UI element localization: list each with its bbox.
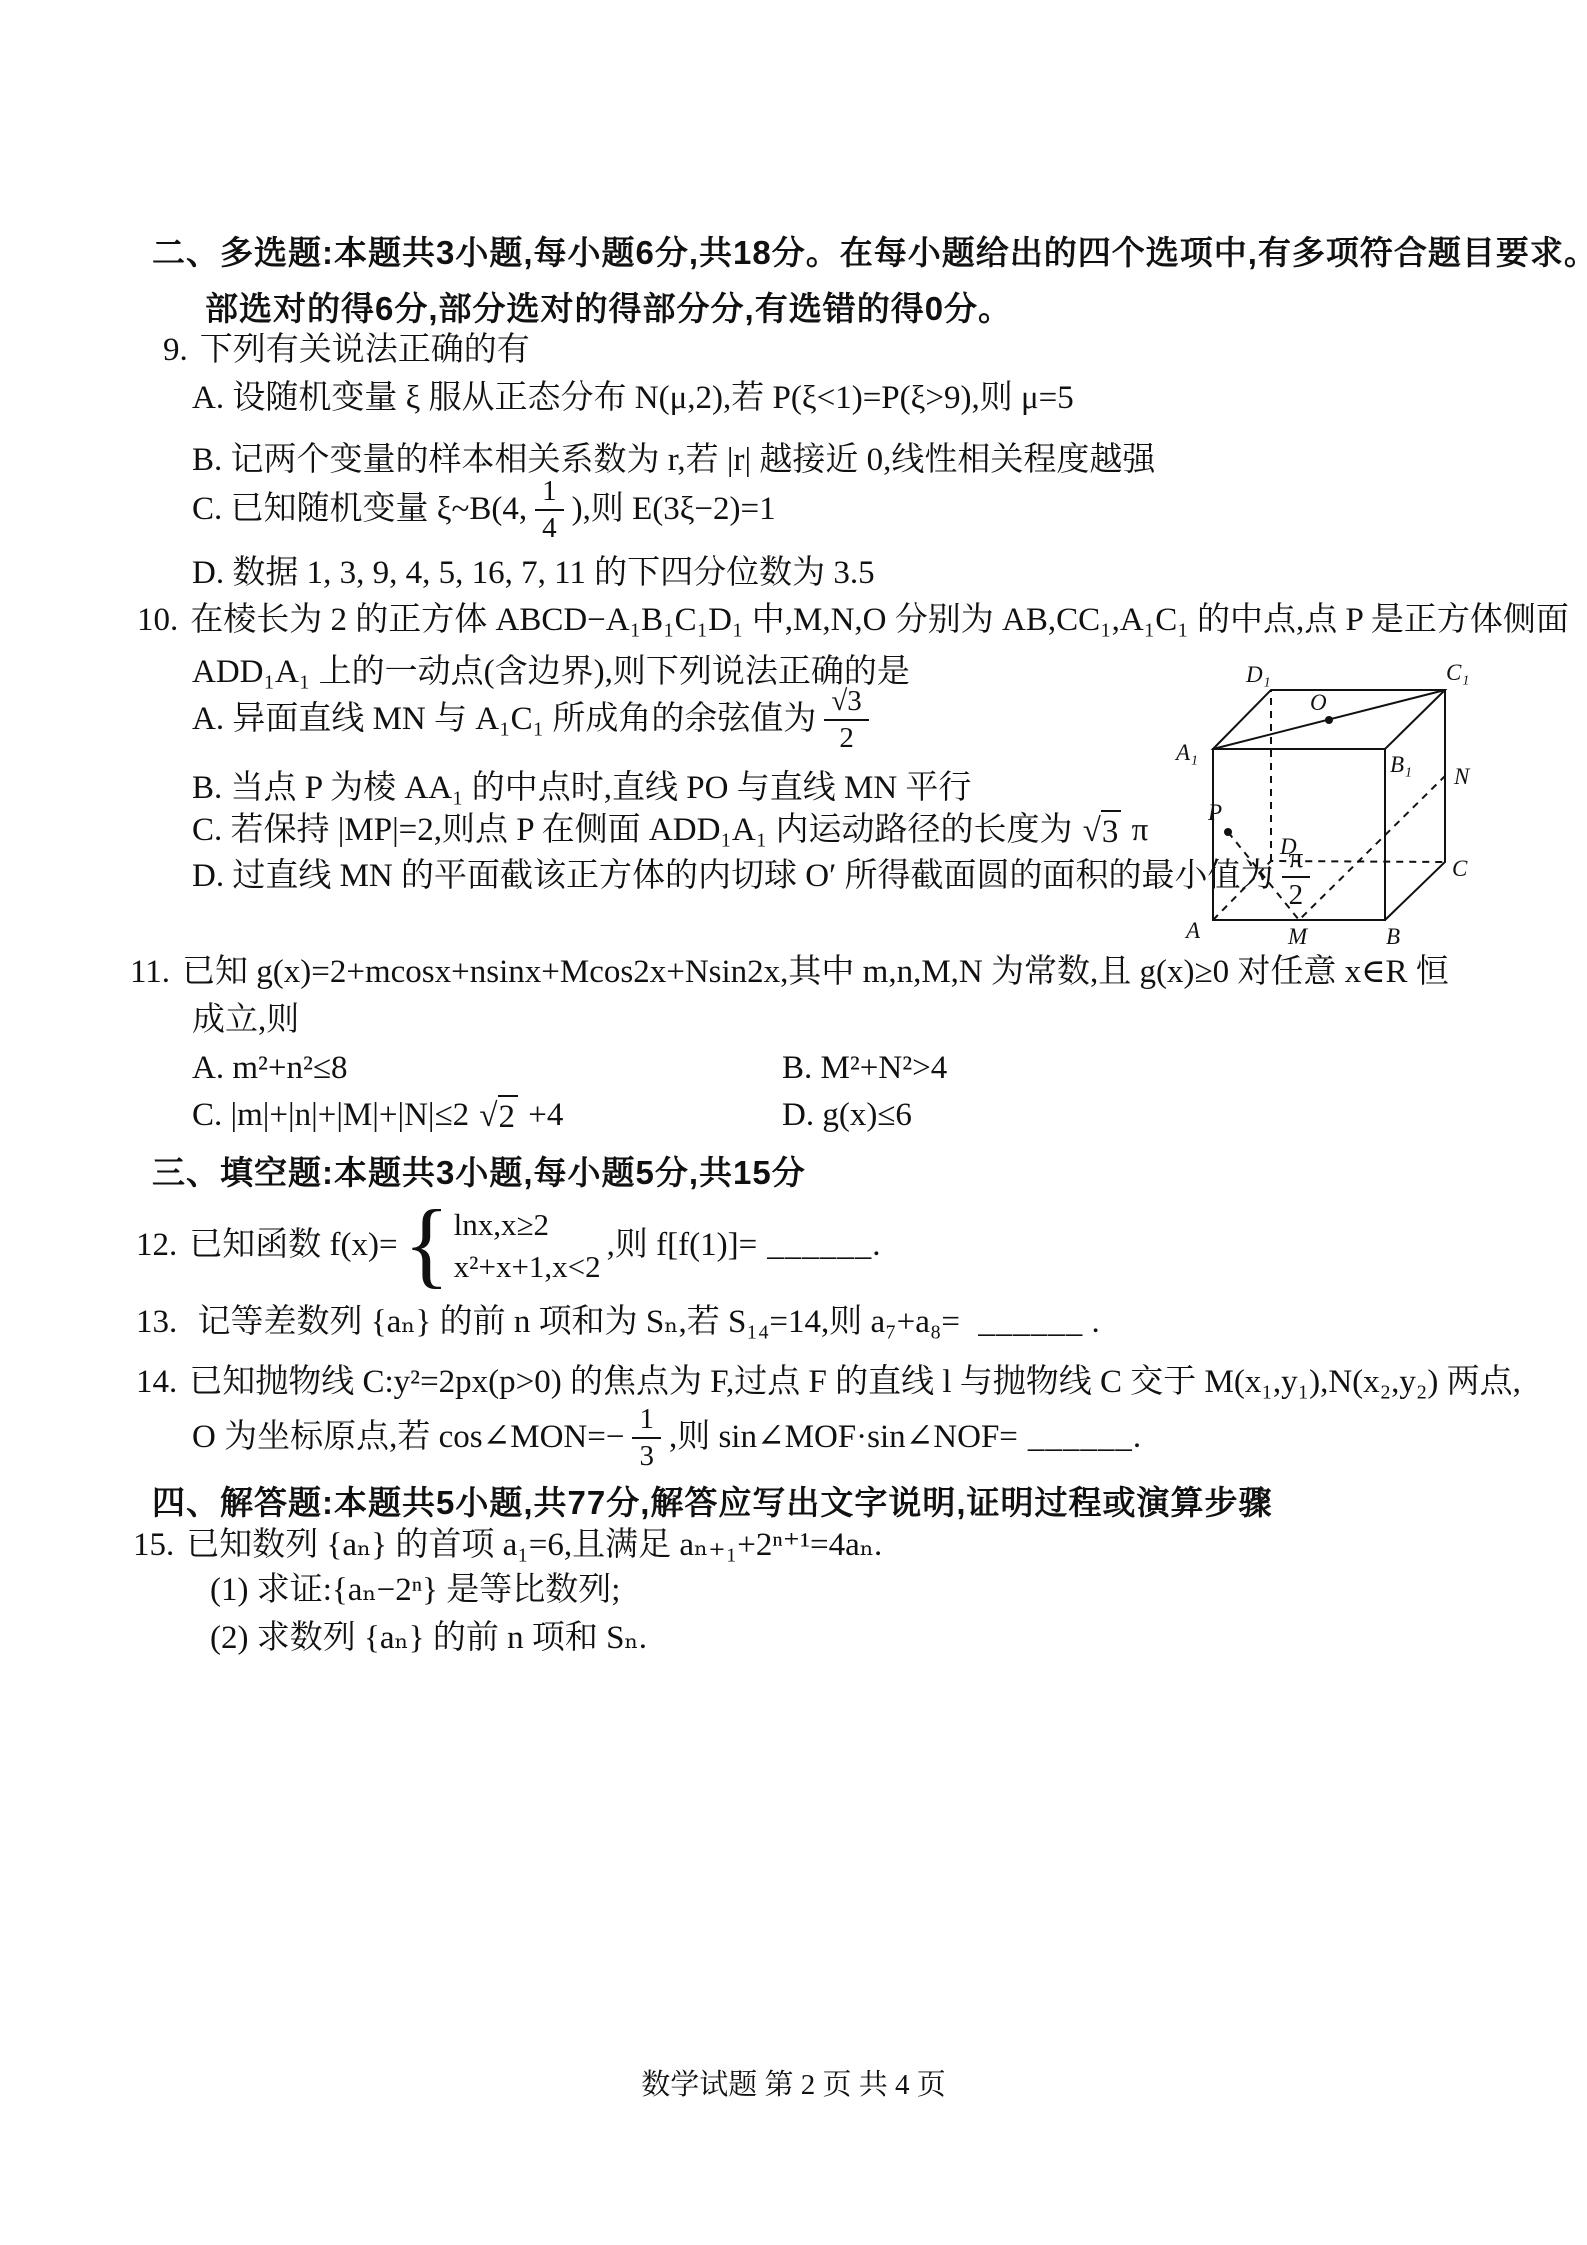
- q15-part2: (2) 求数列 {aₙ} 的前 n 项和 Sₙ.: [210, 1618, 647, 1659]
- q10-stem-line1-text: 在棱长为 2 的正方体 ABCD−A₁B₁C₁D₁ 中,M,N,O 分别为 AB…: [190, 602, 1569, 638]
- q14-answer-blank: ______: [1028, 1417, 1133, 1458]
- q9-stem-text: 下列有关说法正确的有: [200, 332, 530, 368]
- point-o-dot: [1325, 716, 1333, 724]
- q11-option-c-post: +4: [528, 1097, 563, 1133]
- q13-number: 13.: [136, 1302, 177, 1343]
- q11-option-c: C. |m|+|n|+|M|+|N|≤2 √2 +4: [192, 1095, 563, 1138]
- q11-stem-line1-text: 已知 g(x)=2+mcosx+nsinx+Mcos2x+Nsin2x,其中 m…: [182, 954, 1449, 990]
- q15-number: 15.: [133, 1525, 174, 1566]
- q15-stem: 15.已知数列 {aₙ} 的首项 a₁=6,且满足 aₙ₊₁+2ⁿ⁺¹=4aₙ.: [133, 1525, 882, 1566]
- label-c: C: [1452, 856, 1468, 881]
- q11-stem-line1: 11.已知 g(x)=2+mcosx+nsinx+Mcos2x+Nsin2x,其…: [130, 952, 1449, 993]
- q14-line2-pre: O 为坐标原点,若 cos∠MON=−: [192, 1417, 624, 1458]
- label-o: O: [1310, 690, 1327, 715]
- q10-option-d-pre: D. 过直线 MN 的平面截该正方体的内切球 O′ 所得截面圆的面积的最小值为: [192, 856, 1274, 897]
- q11-number: 11.: [130, 952, 170, 993]
- label-d: D: [1279, 834, 1297, 859]
- q11-option-b: B. M²+N²>4: [782, 1048, 947, 1089]
- q9-option-c-post: ),则 E(3ξ−2)=1: [572, 489, 776, 530]
- label-m: M: [1287, 924, 1309, 947]
- label-c1: C₁: [1446, 660, 1469, 685]
- q10-stem-line1: 10.在棱长为 2 的正方体 ABCD−A₁B₁C₁D₁ 中,M,N,O 分别为…: [137, 600, 1569, 641]
- q9-number: 9.: [163, 330, 188, 371]
- label-a1: A₁: [1174, 740, 1198, 765]
- label-b1: B₁: [1390, 752, 1412, 777]
- q15-part1: (1) 求证:{aₙ−2ⁿ} 是等比数列;: [210, 1570, 620, 1611]
- q14-stem-line2: O 为坐标原点,若 cos∠MON=− 1 3 ,则 sin∠MOF·sin∠N…: [192, 1396, 1141, 1480]
- q10-number: 10.: [137, 600, 178, 641]
- exam-page: { "section2": { "header_line1": "二、多选题:本…: [0, 0, 1587, 2245]
- q11-stem-line2: 成立,则: [192, 1000, 299, 1041]
- q14-line2-post: ,则 sin∠MOF·sin∠NOF=: [669, 1417, 1018, 1458]
- label-b: B: [1386, 924, 1400, 947]
- q12-pre: 已知函数 f(x)=: [189, 1225, 397, 1266]
- section3-header: 三、填空题:本题共3小题,每小题5分,共15分: [152, 1152, 806, 1193]
- q13: 13. 记等差数列 {aₙ} 的前 n 项和为 Sₙ,若 S₁₄=14,则 a₇…: [136, 1302, 1100, 1343]
- section2-header-line2: 部选对的得6分,部分选对的得部分分,有选错的得0分。: [205, 288, 1012, 329]
- q13-text: 记等差数列 {aₙ} 的前 n 项和为 Sₙ,若 S₁₄=14,则 a₇+a₈=: [198, 1304, 960, 1340]
- q9-option-c: C. 已知随机变量 ξ~B(4, 1 4 ),则 E(3ξ−2)=1: [192, 468, 776, 552]
- q11-option-a: A. m²+n²≤8: [192, 1048, 348, 1089]
- q12-piecewise: { lnx,x≥2 x²+x+1,x<2: [404, 1204, 601, 1288]
- q10-option-a: A. 异面直线 MN 与 A₁C₁ 所成角的余弦值为 √3 2: [192, 678, 877, 762]
- q9-option-a: A. 设随机变量 ξ 服从正态分布 N(μ,2),若 P(ξ<1)=P(ξ>9)…: [192, 378, 1074, 419]
- q10-option-d: D. 过直线 MN 的平面截该正方体的内切球 O′ 所得截面圆的面积的最小值为 …: [192, 835, 1318, 919]
- section2-header-line1: 二、多选题:本题共3小题,每小题6分,共18分。在每小题给出的四个选项中,有多项…: [152, 232, 1587, 273]
- q13-period: .: [1091, 1304, 1099, 1340]
- page-footer: 数学试题 第 2 页 共 4 页: [0, 2062, 1587, 2103]
- q10-option-a-fraction: √3 2: [824, 684, 868, 756]
- q12-period: .: [872, 1225, 880, 1266]
- q15-stem-text: 已知数列 {aₙ} 的首项 a₁=6,且满足 aₙ₊₁+2ⁿ⁺¹=4aₙ.: [186, 1527, 882, 1563]
- q13-answer-blank: ______: [978, 1302, 1083, 1343]
- q12-post: ,则 f[f(1)]=: [607, 1225, 758, 1266]
- q11-option-c-sqrt: √2: [479, 1095, 518, 1138]
- cube-solid-edges: [1213, 690, 1445, 920]
- cube-figure: D₁ C₁ A₁ B₁ N P D C A M B O: [1158, 642, 1493, 947]
- label-d1: D₁: [1245, 662, 1271, 687]
- q14-stem-line1-text: 已知抛物线 C:y²=2px(p>0) 的焦点为 F,过点 F 的直线 l 与抛…: [189, 1364, 1521, 1400]
- q9-option-c-fraction: 1 4: [535, 474, 564, 546]
- q12-answer-blank: ______: [767, 1225, 872, 1266]
- q12-case2: x²+x+1,x<2: [454, 1246, 601, 1288]
- label-p: P: [1207, 800, 1222, 825]
- point-p-dot: [1224, 828, 1232, 836]
- label-n: N: [1453, 764, 1471, 789]
- left-brace: {: [404, 1203, 450, 1285]
- q11-option-d: D. g(x)≤6: [782, 1095, 912, 1136]
- q14-fraction: 1 3: [632, 1402, 661, 1474]
- q14-period: .: [1133, 1417, 1141, 1458]
- radical-sign: √: [479, 1096, 497, 1137]
- q10-option-b: B. 当点 P 为棱 AA₁ 的中点时,直线 PO 与直线 MN 平行: [192, 768, 971, 809]
- q10-option-a-pre: A. 异面直线 MN 与 A₁C₁ 所成角的余弦值为: [192, 699, 816, 740]
- q12: 12. 已知函数 f(x)= { lnx,x≥2 x²+x+1,x<2 ,则 f…: [136, 1192, 880, 1300]
- q11-option-c-pre: C. |m|+|n|+|M|+|N|≤2: [192, 1097, 469, 1133]
- q9-option-c-pre: C. 已知随机变量 ξ~B(4,: [192, 489, 527, 530]
- q12-case1: lnx,x≥2: [454, 1204, 601, 1246]
- q9-option-d: D. 数据 1, 3, 9, 4, 5, 16, 7, 11 的下四分位数为 3…: [192, 553, 875, 594]
- q9-stem: 9.下列有关说法正确的有: [163, 330, 530, 371]
- q14-number: 14.: [136, 1362, 177, 1403]
- q12-number: 12.: [136, 1225, 177, 1266]
- label-a: A: [1184, 918, 1201, 943]
- section4-header: 四、解答题:本题共5小题,共77分,解答应写出文字说明,证明过程或演算步骤: [152, 1482, 1273, 1523]
